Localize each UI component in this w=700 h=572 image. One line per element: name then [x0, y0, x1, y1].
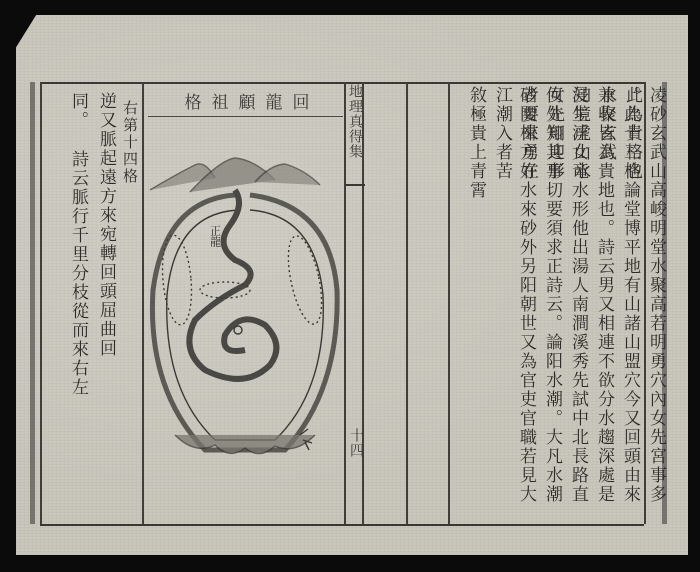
- left-text-col-2: 同。: [66, 92, 90, 122]
- outer-margin-rule: [30, 82, 35, 524]
- diagram-title: 回龍顧祖格: [172, 88, 332, 113]
- leaf-number: 十四: [346, 428, 366, 458]
- mountain-peak-icon: [255, 164, 320, 185]
- column-divider: [142, 82, 144, 524]
- diagram-label: 正龍: [209, 225, 222, 247]
- left-text-col-3: 詩云脈行千里分枝從而來右左: [66, 150, 90, 520]
- right-text-col-7: 敘極貴上青霄: [464, 86, 488, 286]
- book-title: 地理真得集: [345, 84, 365, 186]
- section-label: 右第十四格: [118, 100, 142, 220]
- column-divider: [406, 82, 408, 524]
- title-rule: [148, 116, 343, 117]
- geomantic-diagram: 正龍: [145, 150, 345, 480]
- frame-left-border: [40, 82, 42, 524]
- right-text-col-6: 砂閧楫方好水來砂外另阳朝世又為官吏官職若見大江潮入者苦: [490, 86, 538, 516]
- column-divider: [448, 82, 450, 524]
- left-text-col-1: 逆又脈起遠方來宛轉回頭屈曲回: [94, 92, 118, 522]
